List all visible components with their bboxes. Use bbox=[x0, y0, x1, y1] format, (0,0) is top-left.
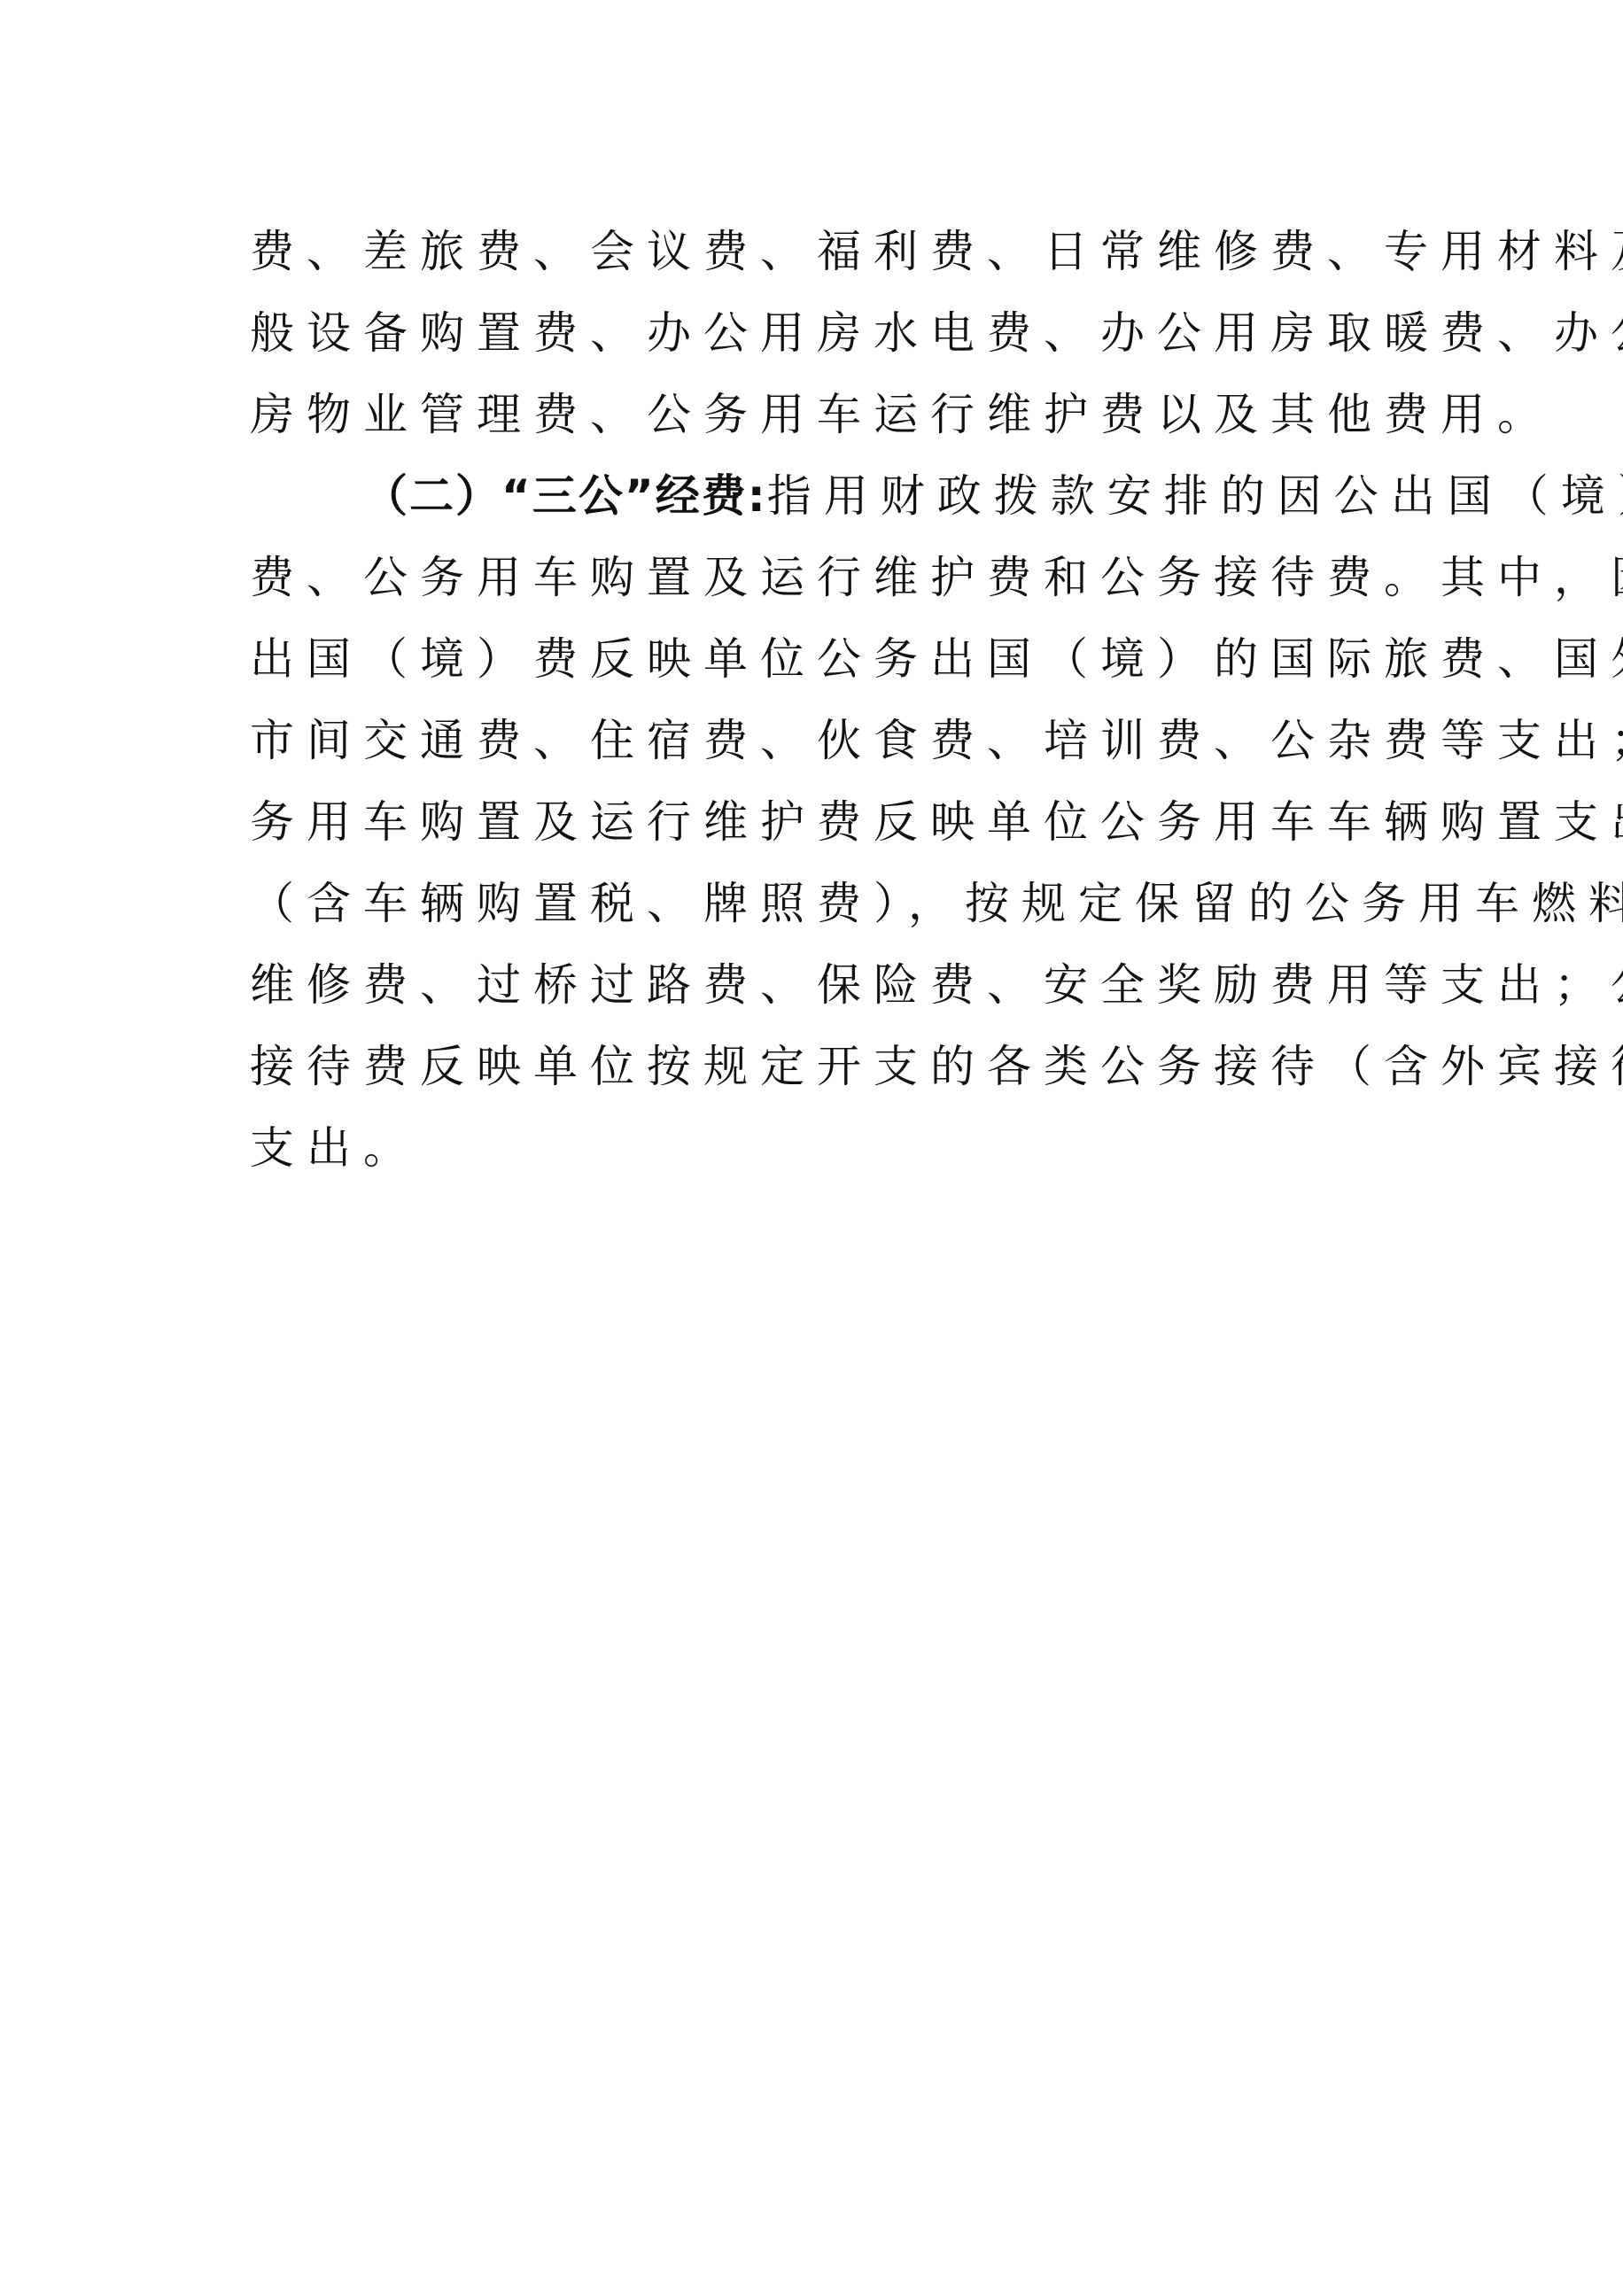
text-line-heading: （二）“三公”经费:指用财政拨款安排的因公出国（境） bbox=[250, 455, 1393, 537]
text-line: （含车辆购置税、牌照费），按规定保留的公务用车燃料费、 bbox=[250, 863, 1393, 944]
text-line: 费、公务用车购置及运行维护费和公务接待费。其中，因公 bbox=[250, 537, 1393, 618]
term-definition-start: 指用财政拨款安排的因公出国（境） bbox=[767, 470, 1623, 522]
text-line: 接待费反映单位按规定开支的各类公务接待（含外宾接待） bbox=[250, 1026, 1393, 1107]
text-line: 务用车购置及运行维护费反映单位公务用车车辆购置支出 bbox=[250, 781, 1393, 863]
text-line: 出国（境）费反映单位公务出国（境）的国际旅费、国外城 bbox=[250, 618, 1393, 700]
text-line: 房物业管理费、公务用车运行维护费以及其他费用。 bbox=[250, 374, 1393, 455]
document-page: 费、差旅费、会议费、福利费、日常维修费、专用材料及一 般设备购置费、办公用房水电… bbox=[250, 211, 1393, 1189]
text-line: 般设备购置费、办公用房水电费、办公用房取暖费、办公用 bbox=[250, 292, 1393, 374]
text-line: 市间交通费、住宿费、伙食费、培训费、公杂费等支出；公 bbox=[250, 700, 1393, 781]
text-line: 支出。 bbox=[250, 1107, 1393, 1189]
text-line: 费、差旅费、会议费、福利费、日常维修费、专用材料及一 bbox=[250, 211, 1393, 292]
paragraph-continuation: 费、差旅费、会议费、福利费、日常维修费、专用材料及一 般设备购置费、办公用房水电… bbox=[250, 211, 1393, 455]
paragraph-three-public-expenses: （二）“三公”经费:指用财政拨款安排的因公出国（境） 费、公务用车购置及运行维护… bbox=[250, 455, 1393, 1189]
term-heading: （二）“三公”经费: bbox=[363, 470, 767, 522]
text-line: 维修费、过桥过路费、保险费、安全奖励费用等支出；公务 bbox=[250, 944, 1393, 1026]
